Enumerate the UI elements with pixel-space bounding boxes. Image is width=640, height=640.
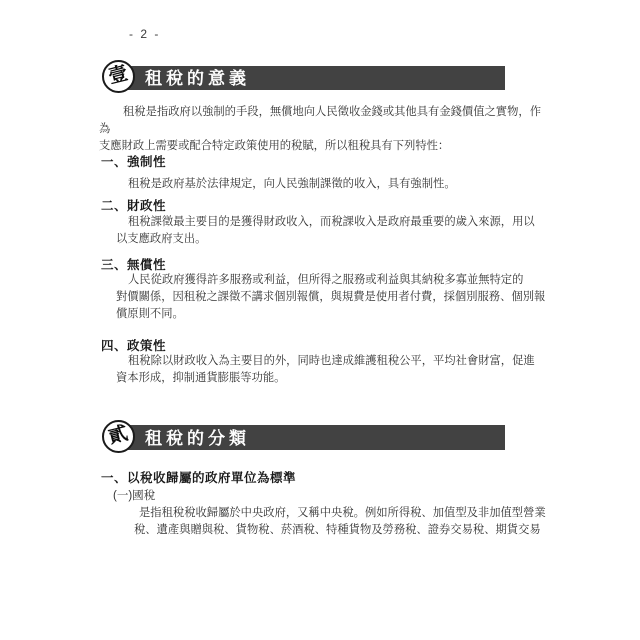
section-one-seal-icon: 壹 bbox=[102, 60, 135, 93]
section-banner-meaning: 壹 租稅的意義 bbox=[113, 66, 505, 90]
item-heading-fiscal: 二、財政性 bbox=[101, 196, 166, 214]
item-heading-policy: 四、政策性 bbox=[101, 336, 166, 354]
section-banner-classification: 貳 租稅的分類 bbox=[113, 425, 505, 450]
intro-paragraph: 租稅是指政府以強制的手段，無償地向人民徵收金錢或其他具有金錢價值之實物，作為 支… bbox=[99, 104, 545, 155]
section-number-glyph: 貳 bbox=[107, 424, 130, 447]
section-title-meaning: 租稅的意義 bbox=[145, 69, 250, 87]
item-heading-compulsory: 一、強制性 bbox=[101, 152, 166, 170]
section-two-seal-icon: 貳 bbox=[102, 420, 135, 453]
classification-criterion-heading: 一、以稅收歸屬的政府單位為標準 bbox=[101, 468, 296, 486]
page-content: 壹 租稅的意義 租稅是指政府以強制的手段，無償地向人民徵收金錢或其他具有金錢價值… bbox=[99, 0, 551, 640]
book-page: - 2 - 壹 租稅的意義 租稅是指政府以強制的手段，無償地向人民徵收金錢或其他… bbox=[0, 0, 640, 640]
item-body-fiscal: 租稅課徵最主要目的是獲得財政收入，而稅課收入是政府最重要的歲入來源，用以 以支應… bbox=[116, 214, 549, 248]
section-title-classification: 租稅的分類 bbox=[145, 429, 250, 447]
section-number-glyph: 壹 bbox=[107, 64, 130, 87]
item-body-nonreciprocal: 人民從政府獲得許多服務或利益，但所得之服務或利益與其納稅多寡並無特定的 對價關係… bbox=[116, 272, 549, 323]
item-heading-nonreciprocal: 三、無償性 bbox=[101, 255, 166, 273]
subitem-body-national-tax: 是指租稅稅收歸屬於中央政府，又稱中央稅。例如所得稅、加值型及非加值型營業 稅、遺… bbox=[134, 505, 546, 539]
item-body-policy: 租稅除以財政收入為主要目的外，同時也達成維護租稅公平，平均社會財富，促進 資本形… bbox=[116, 353, 549, 387]
item-body-compulsory: 租稅是政府基於法律規定，向人民強制課徵的收入，具有強制性。 bbox=[116, 176, 549, 193]
subitem-label-national-tax: (一)國稅 bbox=[113, 487, 155, 503]
